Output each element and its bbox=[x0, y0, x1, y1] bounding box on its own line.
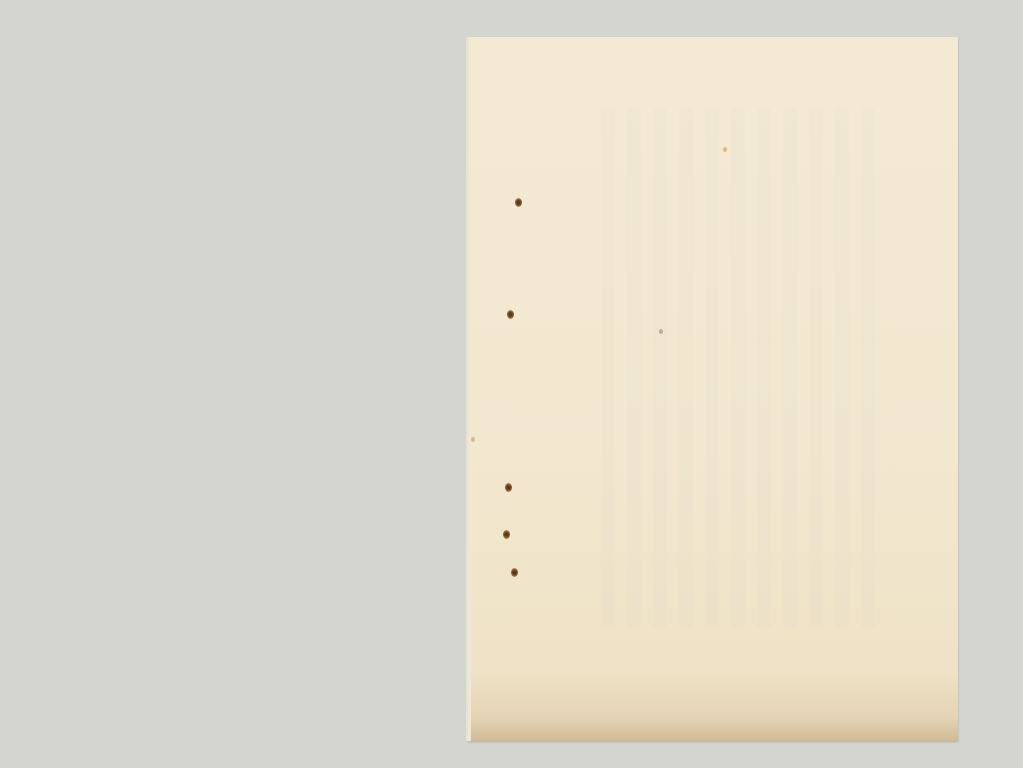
binding-hole bbox=[505, 483, 512, 492]
bottom-edge-stain bbox=[471, 719, 958, 741]
binding-hole bbox=[503, 530, 510, 539]
binding-hole bbox=[507, 310, 514, 319]
binding-hole bbox=[515, 198, 522, 207]
foxing-spot bbox=[659, 329, 663, 334]
binding-hole bbox=[511, 568, 518, 577]
scanned-page bbox=[468, 37, 958, 741]
ink-bleed-through bbox=[601, 107, 881, 627]
foxing-spot bbox=[471, 437, 475, 442]
foxing-spot bbox=[723, 147, 727, 152]
